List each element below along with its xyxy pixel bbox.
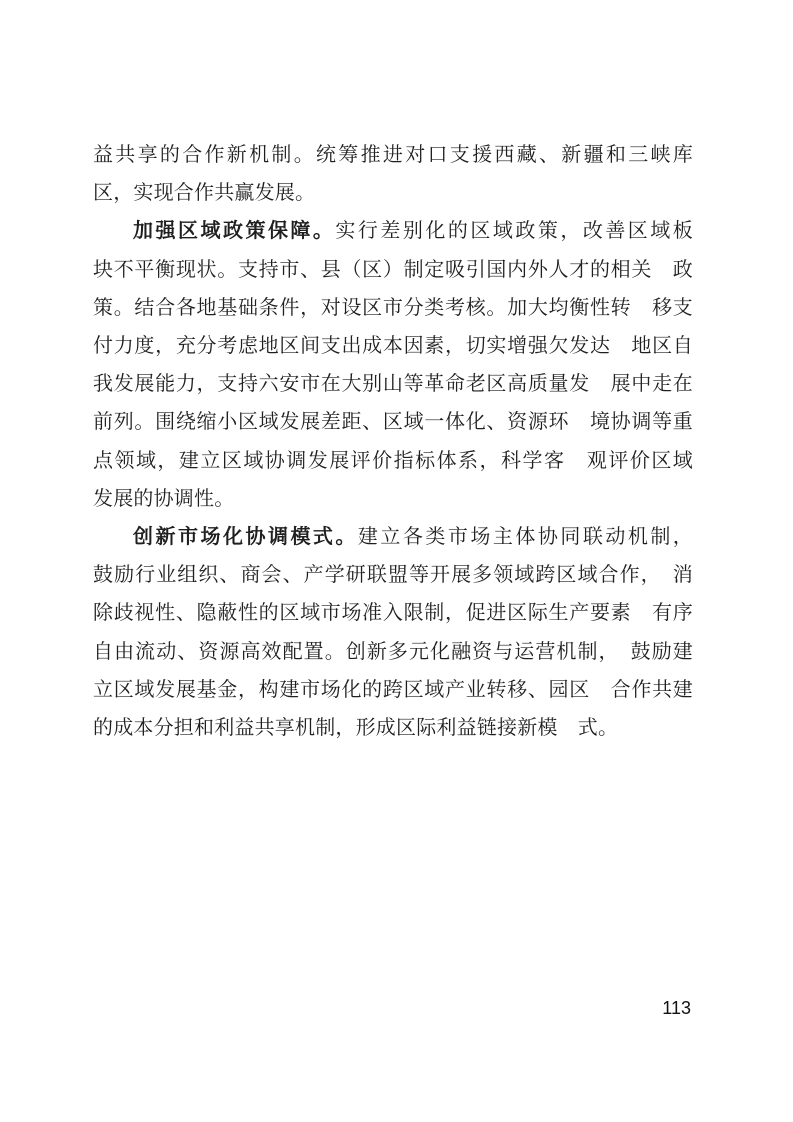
text-line: 立区域发展基金，构建市场化的跨区域产业转移、园区 合作共建 [93,671,693,709]
paragraph: 益共享的合作新机制。统筹推进对口支援西藏、新疆和三峡库区，实现合作共赢发展。 [93,136,693,212]
text-line: 除歧视性、隐蔽性的区域市场准入限制，促进区际生产要素 有序 [93,594,693,632]
text-line: 加强区域政策保障。实行差别化的区域政策，改善区域板 [93,212,693,250]
text-line: 的成本分担和利益共享机制，形成区际利益链接新模 式。 [93,709,693,747]
page-number: 113 [93,998,691,1019]
text-line: 益共享的合作新机制。统筹推进对口支援西藏、新疆和三峡库 [93,136,693,174]
text-line: 我发展能力，支持六安市在大别山等革命老区高质量发 展中走在 [93,365,693,403]
text-line: 付力度，充分考虑地区间支出成本因素，切实增强欠发达 地区自 [93,327,693,365]
bold-heading-run: 创新市场化协调模式。 [133,526,358,548]
paragraph: 加强区域政策保障。实行差别化的区域政策，改善区域板块不平衡现状。支持市、县（区）… [93,212,693,518]
text-line: 前列。围绕缩小区域发展差距、区域一体化、资源环 境协调等重 [93,403,693,441]
paragraph: 创新市场化协调模式。建立各类市场主体协同联动机制，鼓励行业组织、商会、产学研联盟… [93,518,693,747]
text-line: 点领域，建立区域协调发展评价指标体系，科学客 观评价区域 [93,442,693,480]
document-page: 益共享的合作新机制。统筹推进对口支援西藏、新疆和三峡库区，实现合作共赢发展。加强… [0,0,793,1122]
text-line: 发展的协调性。 [93,480,693,518]
text-line: 创新市场化协调模式。建立各类市场主体协同联动机制， [93,518,693,556]
text-block: 益共享的合作新机制。统筹推进对口支援西藏、新疆和三峡库区，实现合作共赢发展。加强… [93,136,693,747]
text-line: 鼓励行业组织、商会、产学研联盟等开展多领域跨区域合作， 消 [93,556,693,594]
text-line: 区，实现合作共赢发展。 [93,174,693,212]
text-line: 自由流动、资源高效配置。创新多元化融资与运营机制， 鼓励建 [93,633,693,671]
text-line: 块不平衡现状。支持市、县（区）制定吸引国内外人才的相关 政 [93,251,693,289]
bold-heading-run: 加强区域政策保障。 [133,220,335,242]
text-line: 策。结合各地基础条件，对设区市分类考核。加大均衡性转 移支 [93,289,693,327]
